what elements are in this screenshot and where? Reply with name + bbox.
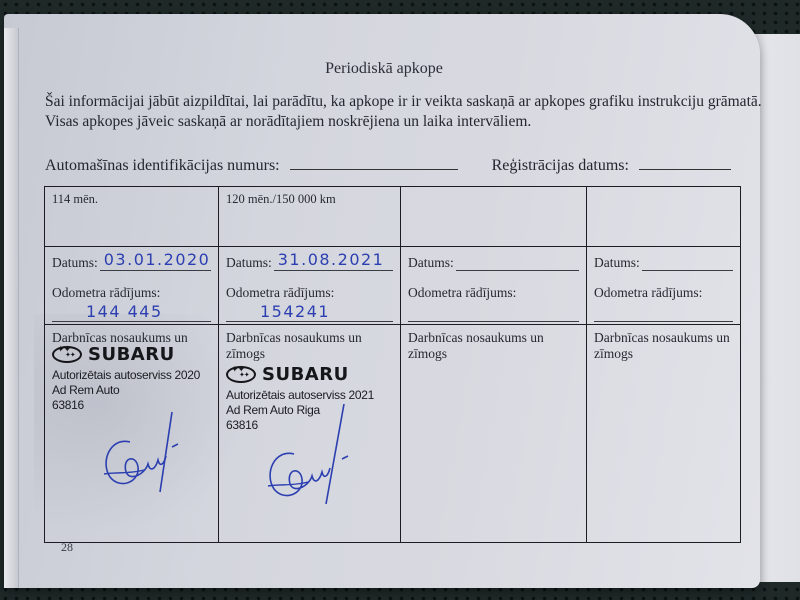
subaru-logo: SUBARU — [52, 344, 211, 365]
service-interval-2: 120 mēn./150 000 km — [219, 187, 401, 247]
subaru-stars-icon — [52, 346, 82, 363]
handwritten-odometer: 154241 — [260, 302, 330, 321]
workshop-label-2: zīmogs — [594, 346, 733, 362]
workshop-stamp-cell-1: Darbnīcas nosaukums un SUBARU Autorizēta… — [45, 325, 219, 542]
workshop-label: Darbnīcas nosaukums un — [408, 330, 579, 346]
service-entry-4: Datums: Odometra rādījums: — [587, 247, 740, 325]
handwritten-date: 03.01.2020 — [104, 250, 211, 269]
registration-date-label: Reģistrācijas datums: — [492, 157, 629, 174]
date-field[interactable]: 31.08.2021 — [274, 252, 393, 271]
service-record-table: 114 mēn. 120 mēn./150 000 km Datums: 03.… — [44, 186, 741, 543]
date-label: Datums: — [594, 255, 640, 271]
vehicle-fields: Automašīnas identifikācijas numurs: Reģi… — [45, 155, 765, 175]
intro-text: Šai informācijai jābūt aizpildītai, lai … — [45, 92, 745, 132]
date-label: Datums: — [408, 255, 454, 271]
date-field[interactable]: 03.01.2020 — [100, 252, 211, 271]
workshop-stamp: SUBARU Autorizētais autoserviss 2020 Ad … — [52, 344, 211, 413]
subaru-stars-icon — [226, 366, 256, 383]
stamp-brand: SUBARU — [262, 364, 349, 385]
stamp-line-3: 63816 — [52, 398, 211, 413]
service-entry-1: Datums: 03.01.2020 Odometra rādījums: 14… — [45, 247, 219, 325]
stamp-line-1: Autorizētais autoserviss 2021 — [226, 388, 393, 403]
date-label: Datums: — [52, 255, 98, 271]
stamp-line-2: Ad Rem Auto — [52, 383, 211, 398]
registration-date-field[interactable] — [639, 155, 731, 170]
stamp-line-1: Autorizētais autoserviss 2020 — [52, 368, 211, 383]
handwritten-odometer: 144 445 — [86, 302, 163, 321]
vin-label: Automašīnas identifikācijas numurs: — [45, 157, 280, 174]
signature — [264, 404, 354, 514]
page-title: Periodiskā apkope — [4, 60, 764, 78]
odometer-label: Odometra rādījums: — [408, 285, 579, 301]
odometer-field[interactable]: 144 445 — [52, 303, 211, 322]
subaru-logo: SUBARU — [226, 364, 393, 385]
intro-line-2: Visas apkopes jāveic saskaņā ar norādīta… — [45, 112, 745, 132]
signature — [100, 412, 190, 502]
page-number: 28 — [61, 540, 73, 555]
handwritten-date: 31.08.2021 — [278, 250, 385, 269]
service-interval-1: 114 mēn. — [45, 187, 219, 247]
workshop-stamp-cell-4: Darbnīcas nosaukums un zīmogs — [587, 325, 740, 542]
service-entry-2: Datums: 31.08.2021 Odometra rādījums: 15… — [219, 247, 401, 325]
date-label: Datums: — [226, 255, 272, 271]
workshop-label: Darbnīcas nosaukums un — [226, 330, 393, 346]
odometer-field[interactable]: 154241 — [226, 303, 393, 322]
booklet-page: Periodiskā apkope Šai informācijai jābūt… — [4, 14, 760, 588]
workshop-label: Darbnīcas nosaukums un — [594, 330, 733, 346]
odometer-label: Odometra rādījums: — [226, 285, 393, 301]
service-interval-3 — [401, 187, 587, 247]
workshop-stamp-cell-3: Darbnīcas nosaukums un zīmogs — [401, 325, 587, 542]
stamp-brand: SUBARU — [88, 344, 175, 365]
workshop-label-2: zīmogs — [226, 346, 393, 362]
workshop-label-2: zīmogs — [408, 346, 579, 362]
intro-line-1: Šai informācijai jābūt aizpildītai, lai … — [45, 92, 745, 112]
service-interval-4 — [587, 187, 740, 247]
workshop-stamp-cell-2: Darbnīcas nosaukums un zīmogs SUBARU Aut… — [219, 325, 401, 542]
page-stack-edge — [4, 28, 19, 588]
odometer-field[interactable] — [594, 303, 733, 322]
vin-field[interactable] — [290, 155, 458, 170]
date-field[interactable] — [642, 252, 733, 271]
date-field[interactable] — [456, 252, 579, 271]
odometer-label: Odometra rādījums: — [52, 285, 211, 301]
odometer-label: Odometra rādījums: — [594, 285, 733, 301]
odometer-field[interactable] — [408, 303, 579, 322]
service-entry-3: Datums: Odometra rādījums: — [401, 247, 587, 325]
